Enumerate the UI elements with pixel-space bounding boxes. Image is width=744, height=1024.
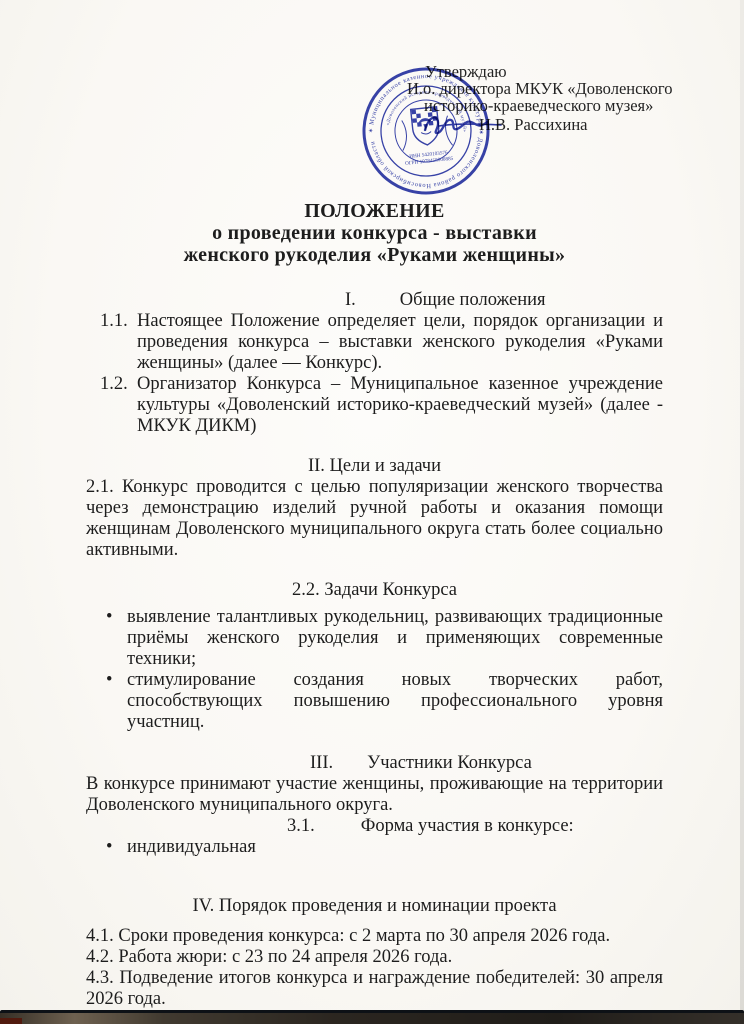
list-item-text: Настоящее Положение определяет цели, пор… — [137, 311, 663, 374]
section4-heading: IV. Порядок проведения и номинации проек… — [86, 896, 663, 917]
bullet-item: • выявление талантливых рукодельниц, раз… — [86, 607, 663, 670]
section2-heading: II. Цели и задачи — [86, 456, 663, 477]
section1-heading-number: I. — [345, 290, 356, 311]
section4-paragraphs: 4.1. Сроки проведения конкурса: с 2 март… — [86, 926, 663, 1010]
scan-corner-artifact — [0, 1018, 22, 1024]
document-title-line2: о проведении конкурса - выставки — [86, 222, 663, 244]
document-title: ПОЛОЖЕНИЕ о проведении конкурса - выстав… — [86, 200, 663, 266]
section2-bullet-list: • выявление талантливых рукодельниц, раз… — [86, 607, 663, 733]
bullet-icon: • — [86, 670, 127, 733]
section3-subheading: 3.1. Форма участия в конкурсе: — [287, 816, 663, 837]
section3-heading-number: III. — [310, 753, 333, 774]
list-item-number: 1.2. — [86, 374, 137, 437]
document-title-line3: женского рукоделия «Руками женщины» — [86, 244, 663, 266]
document-body: ПОЛОЖЕНИЕ о проведении конкурса - выстав… — [86, 0, 663, 1010]
scan-edge-band — [0, 1013, 744, 1024]
bullet-icon: • — [86, 607, 127, 670]
bullet-text: стимулирование создания новых творческих… — [127, 670, 663, 733]
section1-heading-title: Общие положения — [400, 290, 546, 311]
bullet-text: выявление талантливых рукодельниц, разви… — [127, 607, 663, 670]
list-item: 1.1. Настоящее Положение определяет цели… — [86, 311, 663, 374]
scan-right-shadow — [740, 0, 744, 1024]
section1-numbered-list: 1.1. Настоящее Положение определяет цели… — [86, 311, 663, 437]
bullet-item: • стимулирование создания новых творческ… — [86, 670, 663, 733]
section3-subheading-number: 3.1. — [287, 816, 315, 837]
section2-subheading: 2.2. Задачи Конкурса — [86, 580, 663, 601]
section3-heading-title: Участники Конкурса — [367, 753, 532, 774]
bullet-text: индивидуальная — [127, 837, 663, 858]
section4-paragraph: 4.3. Подведение итогов конкурса и награж… — [86, 968, 663, 1010]
list-item: 1.2. Организатор Конкурса – Муниципально… — [86, 374, 663, 437]
bullet-item: • индивидуальная — [86, 837, 663, 858]
section3-heading: III. Участники Конкурса — [310, 753, 663, 774]
section4-paragraph: 4.1. Сроки проведения конкурса: с 2 март… — [86, 926, 663, 947]
list-item-number: 1.1. — [86, 311, 137, 374]
section3-paragraph: В конкурсе принимают участие женщины, пр… — [86, 774, 663, 816]
section4-paragraph: 4.2. Работа жюри: с 23 по 24 апреля 2026… — [86, 947, 663, 968]
list-item-text: Организатор Конкурса – Муниципальное каз… — [137, 374, 663, 437]
section3-bullet-list: • индивидуальная — [86, 837, 663, 858]
section2-paragraph: 2.1. Конкурс проводится с целью популяри… — [86, 477, 663, 561]
bullet-icon: • — [86, 837, 127, 858]
document-title-line1: ПОЛОЖЕНИЕ — [86, 200, 663, 222]
section3-subheading-title: Форма участия в конкурсе: — [361, 816, 574, 837]
section1-heading: I. Общие положения — [345, 290, 663, 311]
